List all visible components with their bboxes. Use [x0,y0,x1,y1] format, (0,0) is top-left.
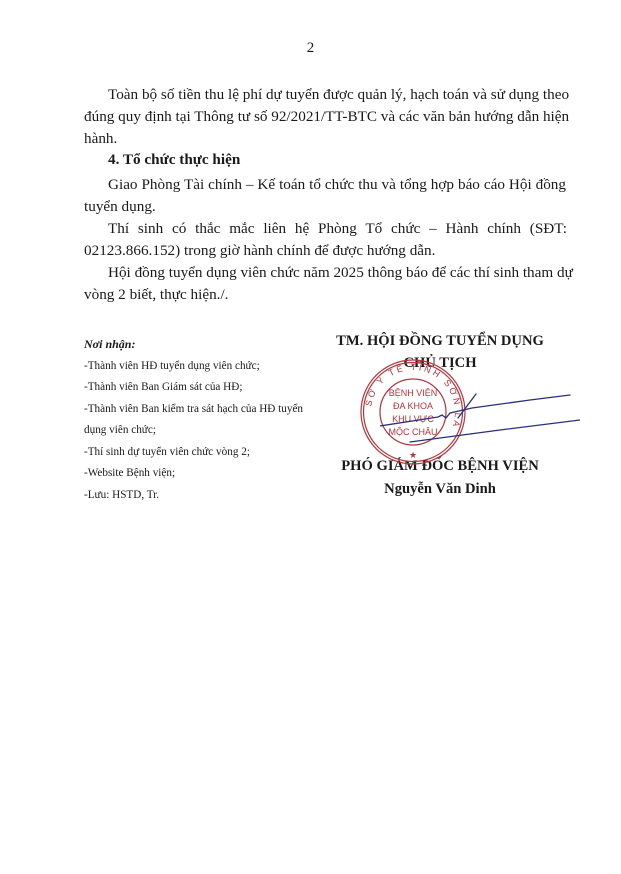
paragraph-line: Toàn bộ số tiền thu lệ phí dự tuyển được… [84,84,566,106]
recipient-item: -Thành viên HĐ tuyển dụng viên chức; [84,356,303,378]
paragraph-assignment: Giao Phòng Tài chính – Kế toán tổ chức t… [84,174,566,218]
signer-name: Nguyễn Văn Dinh [320,481,560,498]
paragraph-line: 02123.866.152) trong giờ hành chính để đ… [84,240,566,262]
recipient-item: dụng viên chức; [84,420,303,442]
recipient-item: -Thành viên Ban kiểm tra sát hạch của HĐ… [84,399,303,421]
recipient-item: -Thí sinh dự tuyển viên chức vòng 2; [84,442,303,464]
paragraph-line: hành. [84,128,566,150]
paragraph-line: vòng 2 biết, thực hiện./. [84,284,566,306]
signer-organization: TM. HỘI ĐỒNG TUYỂN DỤNG [320,330,560,352]
recipients-list: Nơi nhận: -Thành viên HĐ tuyển dụng viên… [84,334,303,506]
handwritten-signature-icon [380,380,580,450]
paragraph-line: Giao Phòng Tài chính – Kế toán tổ chức t… [84,174,566,196]
recipient-item: -Thành viên Ban Giám sát của HĐ; [84,377,303,399]
svg-text:★: ★ [409,450,417,460]
paragraph-notice: Hội đồng tuyển dụng viên chức năm 2025 t… [84,262,566,306]
recipient-item: -Lưu: HSTD, Tr. [84,485,303,507]
paragraph-fee-management: Toàn bộ số tiền thu lệ phí dự tuyển được… [84,84,566,150]
paragraph-line: Hội đồng tuyển dụng viên chức năm 2025 t… [84,262,566,284]
recipients-title: Nơi nhận: [84,334,303,356]
paragraph-contact: Thí sinh có thắc mắc liên hệ Phòng Tổ ch… [84,218,566,262]
page-number: 2 [0,40,621,57]
paragraph-line: Thí sinh có thắc mắc liên hệ Phòng Tổ ch… [84,218,566,240]
recipient-item: -Website Bệnh viện; [84,463,303,485]
paragraph-line: tuyển dụng. [84,196,566,218]
paragraph-line: đúng quy định tại Thông tư số 92/2021/TT… [84,106,566,128]
section-heading: 4. Tổ chức thực hiện [108,151,240,169]
